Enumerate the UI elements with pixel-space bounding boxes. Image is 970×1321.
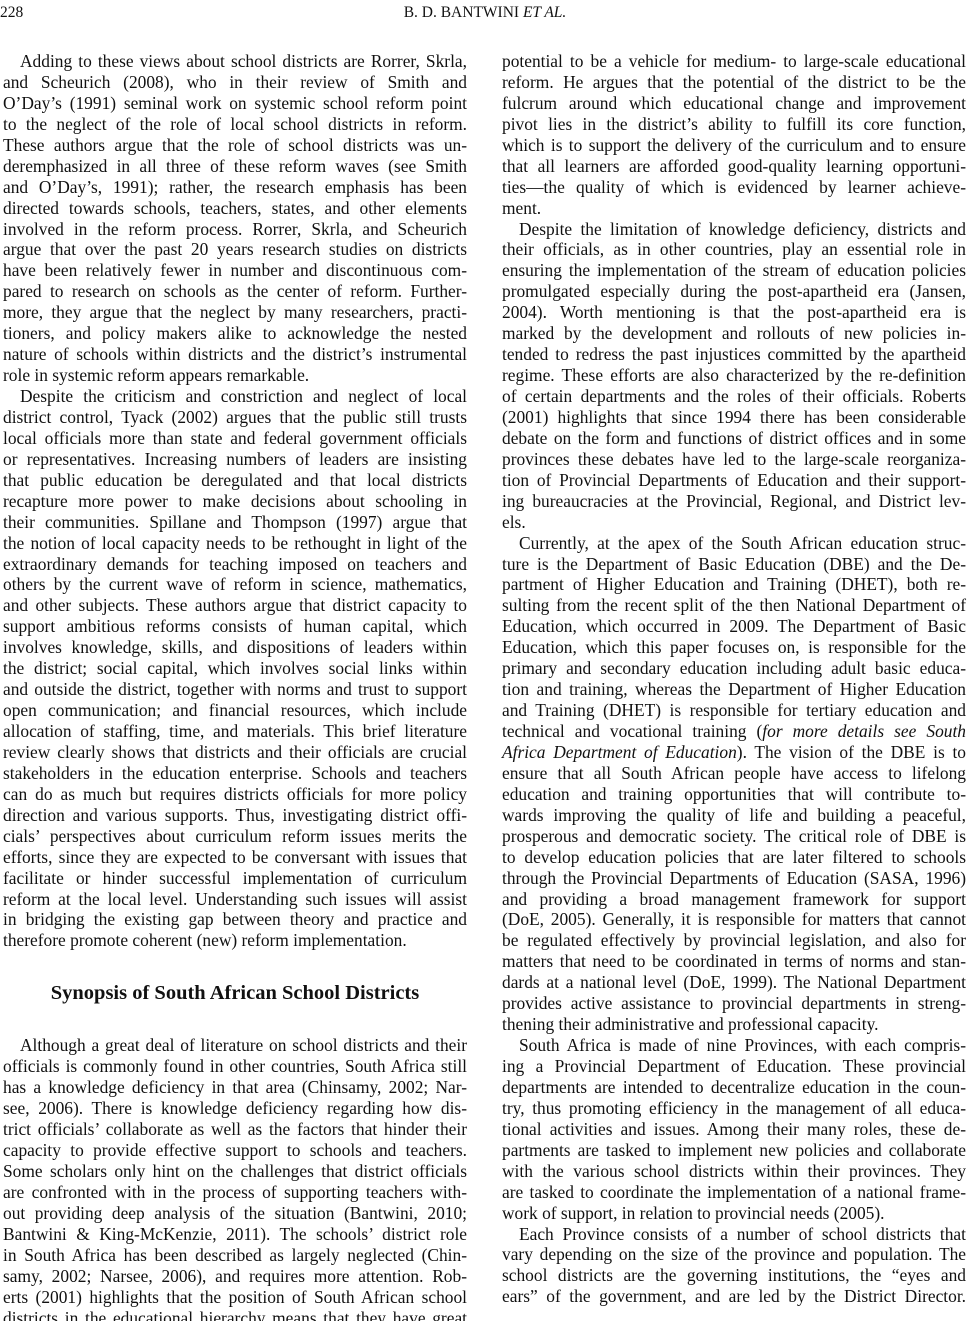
text-line: fulcrum around which educational change … [502,93,966,114]
text-line: in South Africa has been described as la… [3,1245,467,1266]
italic-run: Africa Department of Education [502,742,737,762]
text-line: tion of Provincial Departments of Educat… [502,470,966,491]
text-line: and Scheurich (2008), who in their revie… [3,72,467,93]
text-line: has a knowledge deficiency in that area … [3,1077,467,1098]
text-line: nature of schools within districts and t… [3,344,467,365]
text-line: argue that over the past 20 years resear… [3,239,467,260]
text-line: have been relatively fewer in number and… [3,260,467,281]
section-heading: Synopsis of South African School Distric… [3,951,467,1035]
text-line: dards at a national level (DoE, 1999). T… [502,972,966,993]
text-line: These authors argue that the role of sch… [3,135,467,156]
text-line: extraordinary demands for teaching impos… [3,554,467,575]
text-line: Adding to these views about school distr… [3,51,467,72]
text-line: involved in the reform process. Rorrer, … [3,219,467,240]
text-line: provides active assistance to provincial… [502,993,966,1014]
text-line: ing bureaucracies at the Provincial, Reg… [502,491,966,512]
text-line: pivot lies in the district’s ability to … [502,114,966,135]
text-line: the district; social capital, which invo… [3,658,467,679]
text-line: ture is the Department of Basic Educatio… [502,554,966,575]
text-line: tended to redress the past injustices co… [502,344,966,365]
text-line: ment. [502,198,966,219]
text-line: role in systemic reform appears remarkab… [3,365,467,386]
text-line: recapture more power to make decisions a… [3,491,467,512]
text-line: partments are tasked to implement new po… [502,1140,966,1161]
text-line: marked by the development and rollouts o… [502,323,966,344]
text-line: and other subjects. These authors argue … [3,595,467,616]
text-line: primary and secondary education includin… [502,658,966,679]
text-line: and providing a broad management framewo… [502,889,966,910]
text-line: with the various school districts within… [502,1161,966,1182]
text-line: tion and training, whereas the Departmen… [502,679,966,700]
text-line: samy, 2002; Narsee, 2006), and requires … [3,1266,467,1287]
text-run: technical and vocational training ( [502,721,762,741]
text-line: ensuring the implementation of the strea… [502,260,966,281]
text-line: therefore promote coherent (new) reform … [3,930,467,951]
text-line: Despite the limitation of knowledge defi… [502,219,966,240]
text-line: cials’ perspectives about curriculum ref… [3,826,467,847]
paragraph-dbe: Currently, at the apex of the South Afri… [502,533,966,1036]
text-line: local officials more than state and fede… [3,428,467,449]
text-line: Despite the criticism and constriction a… [3,386,467,407]
text-line: tional activities and issues. Among thei… [502,1119,966,1140]
text-line: Bantwini & King-McKenzie, 2011). The sch… [3,1224,467,1245]
text-line: potential to be a vehicle for medium- to… [502,51,966,72]
text-line: tioners, and policy makers alike to ackn… [3,323,467,344]
text-line: deremphasized in all three of these refo… [3,156,467,177]
text-line: erts (2001) highlights that the position… [3,1287,467,1308]
text-line: ing a Provincial Department of Education… [502,1056,966,1077]
text-line: O’Day’s (1991) seminal work on systemic … [3,93,467,114]
paragraph-knowledge-deficiency: Despite the limitation of knowledge defi… [502,219,966,533]
text-line: their communities. Spillane and Thompson… [3,512,467,533]
text-line: the notion of local capacity needs to be… [3,533,467,554]
text-line: stakeholders in the education enterprise… [3,763,467,784]
paragraph-continued: potential to be a vehicle for medium- to… [502,51,966,219]
text-line: sulting from the recent split of the the… [502,595,966,616]
paragraph-1: Adding to these views about school distr… [3,51,467,386]
text-line: directed towards schools, teachers, stat… [3,198,467,219]
text-line: Although a great deal of literature on s… [3,1035,467,1056]
text-line: capacity to provide effective support to… [3,1140,467,1161]
text-line: are confronted with in the process of su… [3,1182,467,1203]
text-line: and Training (DHET) is responsible for t… [502,700,966,721]
running-header: 228 B. D. BANTWINI ET AL. [0,4,970,26]
text-line: support ambitious reforms consists of hu… [3,616,467,637]
text-line: Currently, at the apex of the South Afri… [502,533,966,554]
text-line: try, thus promoting efficiency in the ma… [502,1098,966,1119]
text-line: vary depending on the size of the provin… [502,1244,966,1265]
text-line: Some scholars only hint on the challenge… [3,1161,467,1182]
text-line: that all learners are afforded good-qual… [502,156,966,177]
text-line: 2004). Worth mentioning is that the post… [502,302,966,323]
text-line: direction and various supports. Thus, in… [3,805,467,826]
text-line: efforts, since they are expected to be c… [3,847,467,868]
text-line: and outside the district, together with … [3,679,467,700]
text-line: review clearly shows that districts and … [3,742,467,763]
text-line: prosperous and democratic society. The c… [502,826,966,847]
text-line: education and training opportunities tha… [502,784,966,805]
text-line: and O’Day’s, 1991); rather, the research… [3,177,467,198]
text-line: more, they argue that the neglect by man… [3,302,467,323]
text-line: promulgated especially during the post-a… [502,281,966,302]
text-line: involves knowledge, skills, and disposit… [3,637,467,658]
text-line: Education, which occurred in 2009. The D… [502,616,966,637]
text-line: district control, Tyack (2002) argues th… [3,407,467,428]
paragraph-3: Although a great deal of literature on s… [3,1035,467,1321]
text-line: can do as much but requires districts of… [3,784,467,805]
text-line: ears” of the government, and are led by … [502,1286,966,1307]
text-line: South Africa is made of nine Provinces, … [502,1035,966,1056]
text-line: reform. He argues that the potential of … [502,72,966,93]
text-line: to develop education policies that are l… [502,847,966,868]
text-line: see, 2006). There is knowledge deficienc… [3,1098,467,1119]
paragraph-2: Despite the criticism and constriction a… [3,386,467,951]
text-line: wards improving the quality of life and … [502,805,966,826]
text-line: districts in the educational hierarchy m… [3,1308,467,1321]
text-line: thening their administrative and profess… [502,1014,966,1035]
text-line: allocation of staffing, time, and materi… [3,721,467,742]
text-line: are tasked to coordinate the implementat… [502,1182,966,1203]
text-line: officials is commonly found in other cou… [3,1056,467,1077]
text-line: school districts are the governing insti… [502,1265,966,1286]
text-line: open communication; and financial resour… [3,700,467,721]
text-line: departments are intended to decentralize… [502,1077,966,1098]
text-line: ensure that all South African people hav… [502,763,966,784]
text-line: els. [502,512,966,533]
text-line: work of support, in relation to provinci… [502,1203,966,1224]
text-line: matters that need to be coordinated in t… [502,951,966,972]
text-line: be regulated effectively by provincial l… [502,930,966,951]
text-line: regime. These efforts are also character… [502,365,966,386]
italic-run: for more details see South [762,721,966,741]
text-line: reform at the local level. Understanding… [3,889,467,910]
text-line: provinces these debates have led to the … [502,449,966,470]
text-line: through the Provincial Departments of Ed… [502,868,966,889]
text-line: Education, which this paper focuses on, … [502,637,966,658]
text-line: others by the current wave of reform in … [3,574,467,595]
paragraph-districts: Each Province consists of a number of sc… [502,1224,966,1308]
text-line: pared to research on schools as the cent… [3,281,467,302]
text-line: Each Province consists of a number of sc… [502,1224,966,1245]
author-name: B. D. BANTWINI [404,4,519,21]
right-column: potential to be a vehicle for medium- to… [502,51,966,1307]
et-al: ET AL. [523,4,566,21]
text-run: ). The vision of the DBE is to [737,742,966,762]
text-line: which is to support the delivery of the … [502,135,966,156]
text-line: in bridging the existing gap between the… [3,909,467,930]
text-line: to the neglect of the role of local scho… [3,114,467,135]
text-line: trict officials’ collaborate as well as … [3,1119,467,1140]
text-line: that public education be deregulated and… [3,470,467,491]
text-line: debate on the form and functions of dist… [502,428,966,449]
text-line: of certain departments and the roles of … [502,386,966,407]
text-line: their officials, as in other countries, … [502,239,966,260]
paragraph-provinces: South Africa is made of nine Provinces, … [502,1035,966,1223]
text-line-mixed: technical and vocational training (for m… [502,721,966,742]
left-column: Adding to these views about school distr… [3,51,467,1321]
text-line-mixed: Africa Department of Education). The vis… [502,742,966,763]
text-line: out providing deep analysis of the situa… [3,1203,467,1224]
text-line: (DoE, 2005). Generally, it is responsibl… [502,909,966,930]
text-line: partment of Higher Education and Trainin… [502,574,966,595]
text-line: (2001) highlights that since 1994 there … [502,407,966,428]
text-line: ties—the quality of which is evidenced b… [502,177,966,198]
text-line: or representatives. Increasing numbers o… [3,449,467,470]
running-head-authors: B. D. BANTWINI ET AL. [0,4,970,22]
text-line: facilitate or hinder successful implemen… [3,868,467,889]
